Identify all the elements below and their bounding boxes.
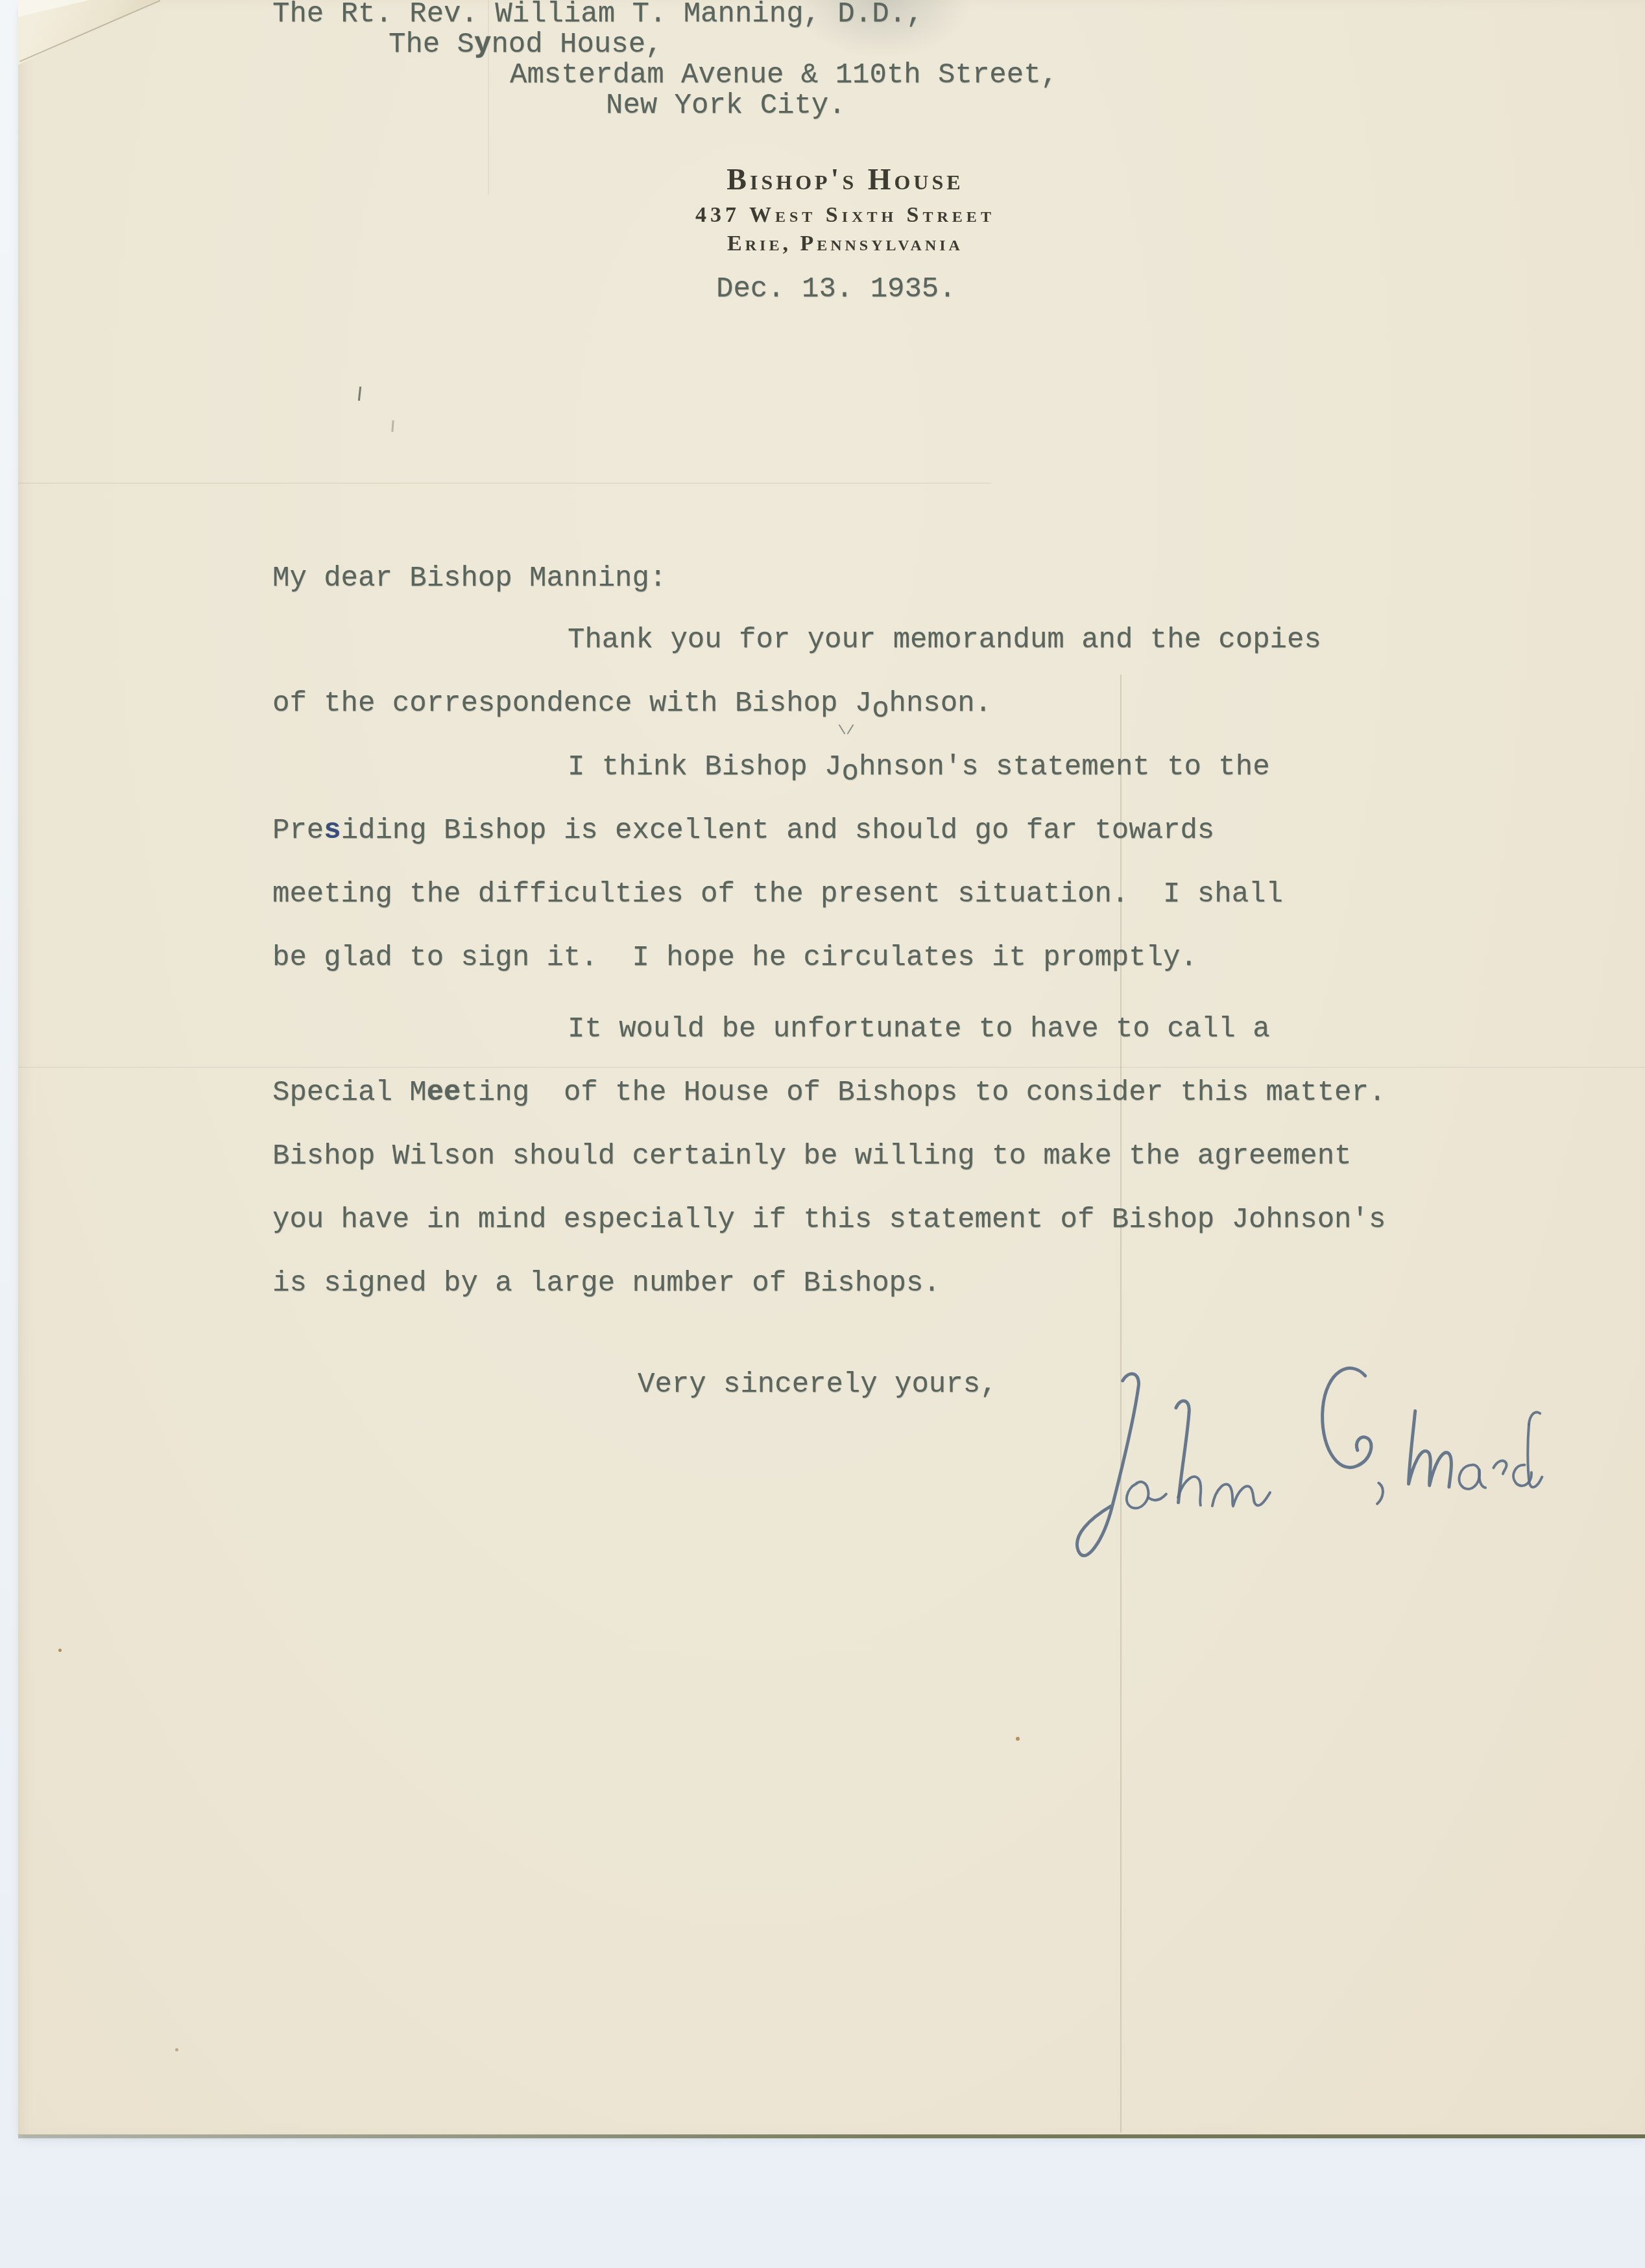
paragraph: It would be unfortunate to have to call … xyxy=(0,1015,1645,1333)
typo-caret-mark xyxy=(838,724,855,735)
text-segment: o xyxy=(872,695,889,724)
text-segment: The S xyxy=(389,29,474,61)
paragraph: I think Bishop Johnson's statement to th… xyxy=(0,753,1645,1007)
paper-speck xyxy=(175,2048,178,2051)
salutation: My dear Bishop Manning: xyxy=(272,564,666,593)
text-segment: hnson's statement to the xyxy=(859,751,1270,783)
text-segment: Amsterdam Avenue & 110th Street, xyxy=(510,59,1058,91)
text-segment: is signed by a large number of Bishops. xyxy=(272,1267,941,1300)
text-segment: o xyxy=(841,758,858,787)
text-segment: y xyxy=(474,29,491,61)
letterhead-street: 437 West Sixth Street xyxy=(45,201,1645,230)
signature xyxy=(1064,1325,1557,1609)
text-segment: nod House, xyxy=(491,29,662,61)
text-segment: hnson. xyxy=(889,687,992,720)
body-line: you have in mind especially if this stat… xyxy=(0,1206,1645,1269)
body-line: meeting the difficulties of the present … xyxy=(0,880,1645,944)
paper-speck xyxy=(58,1649,62,1652)
letterhead: Bishop's House 437 West Sixth Street Eri… xyxy=(45,162,1645,258)
address-line: New York City. xyxy=(606,91,1645,122)
text-segment: New York City. xyxy=(606,90,846,122)
text-segment: The Rt. Rev. William T. Manning, D.D., xyxy=(272,0,923,30)
text-segment: iding Bishop is excellent and should go … xyxy=(341,815,1215,847)
body-line: of the correspondence with Bishop Johnso… xyxy=(0,689,1645,753)
body-line: Thank you for your memorandum and the co… xyxy=(0,626,1645,689)
text-segment: ting of the House of Bishops to consider… xyxy=(461,1077,1386,1109)
letter-body: Thank you for your memorandum and the co… xyxy=(0,626,1645,1333)
text-segment: of the correspondence with Bishop J xyxy=(272,687,872,720)
body-line: I think Bishop Johnson's statement to th… xyxy=(0,753,1645,817)
date-line: Dec. 13. 1935. xyxy=(716,275,956,304)
body-line: It would be unfortunate to have to call … xyxy=(0,1015,1645,1079)
scanner-background: Bishop's House 437 West Sixth Street Eri… xyxy=(0,0,1645,2268)
address-line: The Synod House, xyxy=(389,30,1645,61)
body-line: is signed by a large number of Bishops. xyxy=(0,1269,1645,1333)
address-line: Amsterdam Avenue & 110th Street, xyxy=(510,61,1645,91)
body-line: Bishop Wilson should certainly be willin… xyxy=(0,1142,1645,1206)
text-segment: meeting the difficulties of the present … xyxy=(272,878,1283,911)
text-segment: you have in mind especially if this stat… xyxy=(272,1204,1386,1236)
text-segment: Thank you for your memorandum and the co… xyxy=(568,624,1321,656)
paragraph: Thank you for your memorandum and the co… xyxy=(0,626,1645,753)
text-segment: s xyxy=(324,815,341,847)
letterhead-city: Erie, Pennsylvania xyxy=(45,230,1645,258)
text-segment: I think Bishop J xyxy=(568,751,841,783)
text-segment: It would be unfortunate to have to call … xyxy=(568,1013,1270,1045)
address-line: The Rt. Rev. William T. Manning, D.D., xyxy=(272,0,1645,30)
text-segment: Special M xyxy=(272,1077,427,1109)
text-segment: ee xyxy=(427,1077,461,1109)
body-line: Special Meeting of the House of Bishops … xyxy=(0,1079,1645,1142)
closing-line: Very sincerely yours, xyxy=(638,1370,998,1399)
text-segment: Bishop Wilson should certainly be willin… xyxy=(272,1140,1351,1173)
text-segment: Pre xyxy=(272,815,324,847)
paper-speck xyxy=(1016,1737,1020,1741)
body-line: be glad to sign it. I hope he circulates… xyxy=(0,944,1645,1007)
letterhead-name: Bishop's House xyxy=(45,162,1645,197)
body-line: Presiding Bishop is excellent and should… xyxy=(0,817,1645,880)
text-segment: be glad to sign it. I hope he circulates… xyxy=(272,942,1197,974)
